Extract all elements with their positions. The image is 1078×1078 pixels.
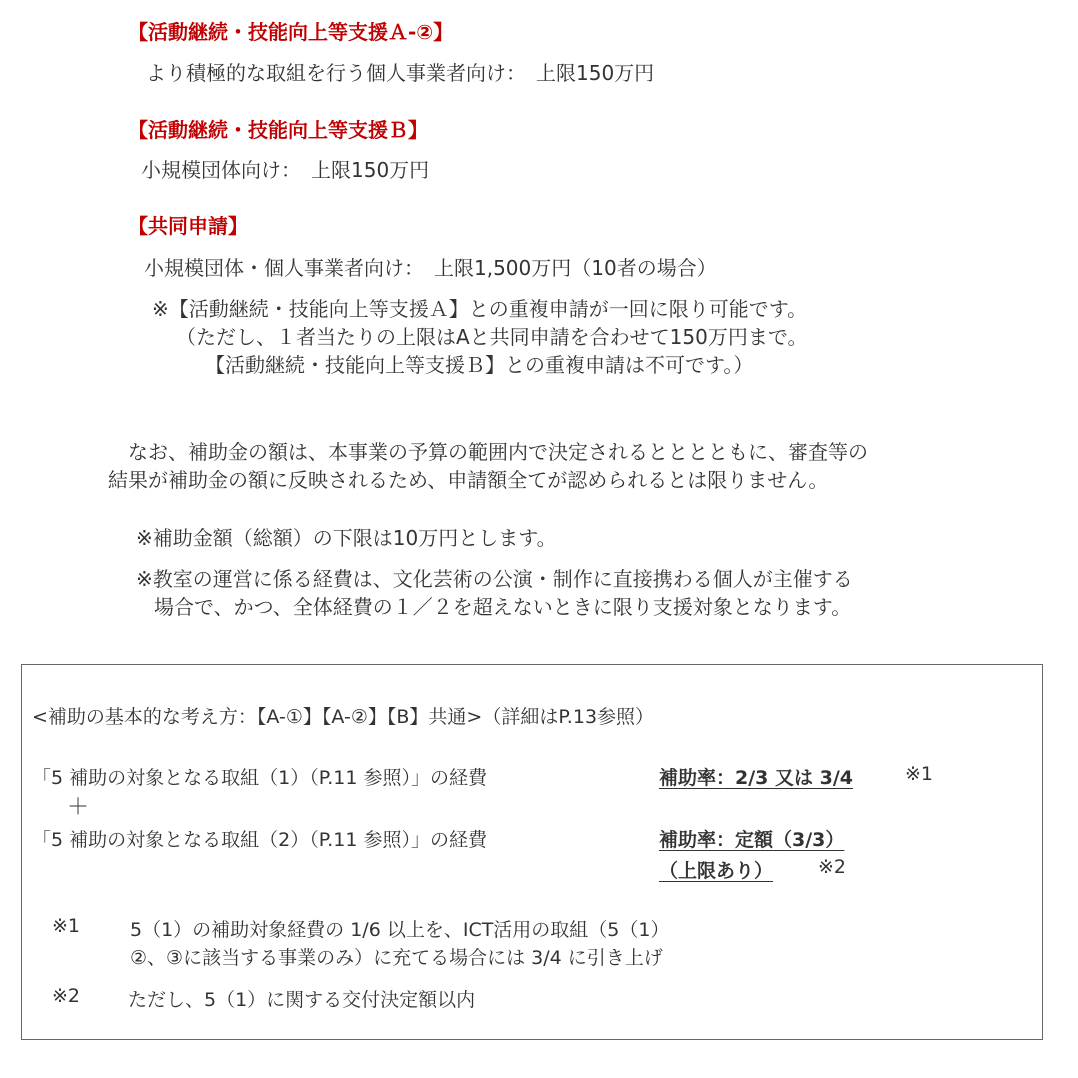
row1-label: 「5 補助の対象となる取組（1）（P.11 参照）」の経費 <box>32 763 487 790</box>
paragraph-line-2: 結果が補助金の額に反映されるため、申請額全てが認められるとは限りません。 <box>108 464 828 493</box>
joint-note-2: （ただし、１者当たりの上限はAと共同申請を合わせて150万円まで。 <box>176 321 807 350</box>
joint-note-1: ※【活動継続・技能向上等支援Ａ】との重複申請が一回に限り可能です。 <box>152 293 807 322</box>
row1-rate: 補助率：2/3 又は 3/4 <box>659 763 853 790</box>
footnote1-line-1: 5（1）の補助対象経費の 1/6 以上を、ICT活用の取組（5（1） <box>130 915 670 942</box>
support-b-text: 小規模団体向け： 上限150万円 <box>141 154 429 183</box>
joint-application-text: 小規模団体・個人事業者向け： 上限1,500万円（10者の場合） <box>144 252 717 281</box>
min-amount-note: ※補助金額（総額）の下限は10万円とします。 <box>136 522 557 551</box>
row2-rate: 補助率：定額（3/3） <box>659 825 844 852</box>
classroom-note-line-2: 場合で、かつ、全体経費の１／２を超えないときに限り支援対象となります。 <box>154 591 851 620</box>
paragraph-line-1: なお、補助金の額は、本事業の予算の範囲内で決定されるとととともに、審査等の <box>128 436 868 465</box>
row2-label: 「5 補助の対象となる取組（2）（P.11 参照）」の経費 <box>32 825 487 852</box>
row2-ref: ※2 <box>818 856 846 878</box>
box-title: <補助の基本的な考え方：【A-①】【A-②】【B】共通>（詳細はP.13参照） <box>32 702 654 729</box>
footnote2-mark: ※2 <box>52 985 80 1007</box>
heading-support-a2: 【活動継続・技能向上等支援Ａ-②】 <box>128 16 453 45</box>
footnote1-line-2: ②、③に該当する事業のみ）に充てる場合には 3/4 に引き上げ <box>130 943 663 970</box>
footnote1-mark: ※1 <box>52 915 80 937</box>
heading-joint-application: 【共同申請】 <box>128 210 248 239</box>
support-a2-text: より積極的な取組を行う個人事業者向け： 上限150万円 <box>146 57 654 86</box>
classroom-note-line-1: ※教室の運営に係る経費は、文化芸術の公演・制作に直接携わる個人が主催する <box>136 563 853 592</box>
plus-sign: ＋ <box>67 790 89 821</box>
footnote2-text: ただし、5（1）に関する交付決定額以内 <box>128 985 475 1012</box>
row1-ref: ※1 <box>905 763 933 785</box>
heading-support-b: 【活動継続・技能向上等支援Ｂ】 <box>128 114 428 143</box>
row2-rate-cap: （上限あり） <box>659 856 773 883</box>
joint-note-3: 【活動継続・技能向上等支援Ｂ】との重複申請は不可です。） <box>205 349 753 378</box>
